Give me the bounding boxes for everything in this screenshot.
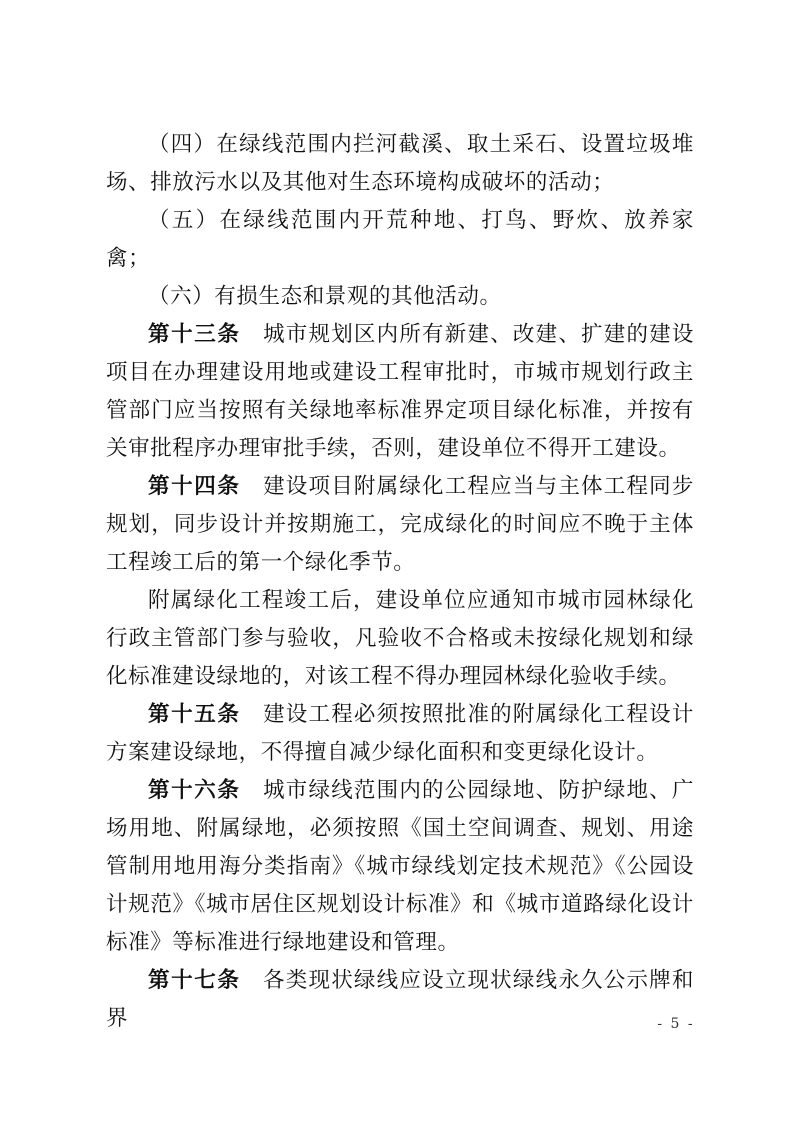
document-page: （四）在绿线范围内拦河截溪、取土采石、设置垃圾堆场、排放污水以及其他对生态环境构… bbox=[0, 0, 793, 1122]
article-heading: 第十七条 bbox=[148, 968, 240, 993]
paragraph-item-5: （五）在绿线范围内开荒种地、打鸟、野炊、放养家禽； bbox=[106, 202, 694, 278]
article-14: 第十四条建设项目附属绿化工程应当与主体工程同步规划，同步设计并按期施工，完成绿化… bbox=[106, 468, 694, 582]
article-heading: 第十三条 bbox=[148, 322, 240, 347]
article-16: 第十六条城市绿线范围内的公园绿地、防护绿地、广场用地、附属绿地，必须按照《国土空… bbox=[106, 772, 694, 962]
article-heading: 第十五条 bbox=[148, 702, 240, 727]
paragraph-text: （六）有损生态和景观的其他活动。 bbox=[148, 284, 502, 309]
article-heading: 第十六条 bbox=[148, 778, 240, 803]
document-body: （四）在绿线范围内拦河截溪、取土采石、设置垃圾堆场、排放污水以及其他对生态环境构… bbox=[106, 126, 694, 1038]
article-13: 第十三条城市规划区内所有新建、改建、扩建的建设项目在办理建设用地或建设工程审批时… bbox=[106, 316, 694, 468]
article-15: 第十五条建设工程必须按照批准的附属绿化工程设计方案建设绿地，不得擅自减少绿化面积… bbox=[106, 696, 694, 772]
paragraph-item-6: （六）有损生态和景观的其他活动。 bbox=[106, 278, 694, 316]
paragraph-item-4: （四）在绿线范围内拦河截溪、取土采石、设置垃圾堆场、排放污水以及其他对生态环境构… bbox=[106, 126, 694, 202]
paragraph-text: （五）在绿线范围内开荒种地、打鸟、野炊、放养家禽； bbox=[106, 208, 694, 271]
article-17: 第十七条各类现状绿线应设立现状绿线永久公示牌和界 bbox=[106, 962, 694, 1038]
paragraph-text: （四）在绿线范围内拦河截溪、取土采石、设置垃圾堆场、排放污水以及其他对生态环境构… bbox=[106, 132, 694, 195]
paragraph-text: 附属绿化工程竣工后，建设单位应通知市城市园林绿化行政主管部门参与验收，凡验收不合… bbox=[106, 588, 694, 689]
article-14-paragraph-2: 附属绿化工程竣工后，建设单位应通知市城市园林绿化行政主管部门参与验收，凡验收不合… bbox=[106, 582, 694, 696]
article-text: 城市绿线范围内的公园绿地、防护绿地、广场用地、附属绿地，必须按照《国土空间调查、… bbox=[106, 778, 694, 955]
article-heading: 第十四条 bbox=[148, 474, 240, 499]
page-number: - 5 - bbox=[652, 1016, 700, 1032]
